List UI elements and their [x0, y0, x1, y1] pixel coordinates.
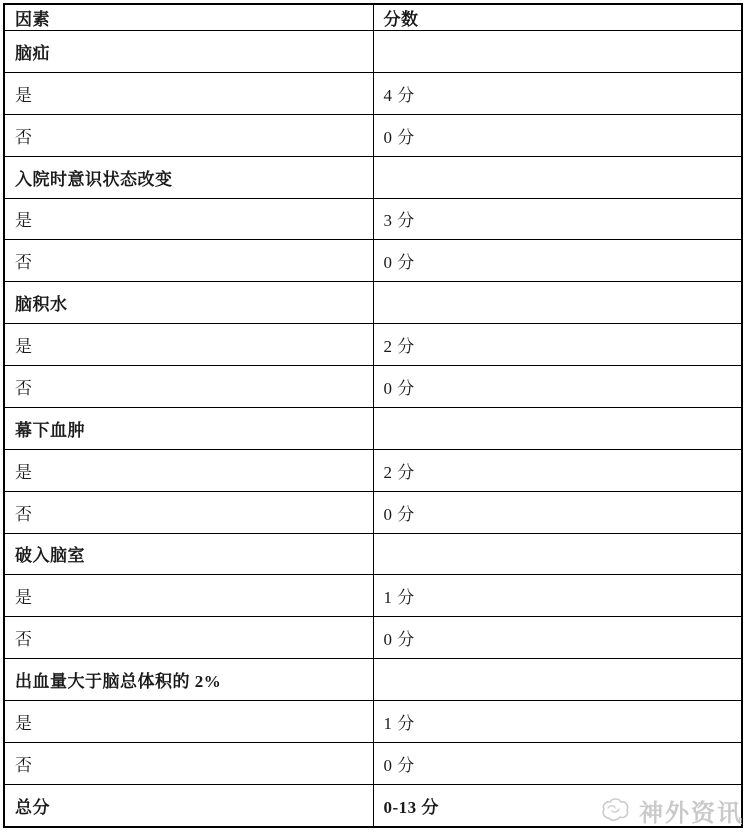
factor-cell: 否 — [4, 114, 373, 156]
table-row: 是2 分 — [4, 324, 742, 366]
score-cell — [373, 533, 742, 575]
factor-cell: 破入脑室 — [4, 533, 373, 575]
factor-cell: 否 — [4, 366, 373, 408]
header-row: 因素 分数 — [4, 4, 742, 31]
factor-cell: 幕下血肿 — [4, 407, 373, 449]
table-row: 否0 分 — [4, 366, 742, 408]
table-row: 是1 分 — [4, 575, 742, 617]
score-cell: 2 分 — [373, 324, 742, 366]
score-cell — [373, 156, 742, 198]
factor-cell: 脑疝 — [4, 31, 373, 73]
factor-cell: 总分 — [4, 784, 373, 827]
factor-cell: 入院时意识状态改变 — [4, 156, 373, 198]
table-row: 是3 分 — [4, 198, 742, 240]
factor-cell: 脑积水 — [4, 282, 373, 324]
score-cell: 3 分 — [373, 198, 742, 240]
score-cell — [373, 407, 742, 449]
score-cell: 0 分 — [373, 366, 742, 408]
table-row: 幕下血肿 — [4, 407, 742, 449]
score-cell: 0-13 分 — [373, 784, 742, 827]
score-table-body: 脑疝是4 分否0 分入院时意识状态改变是3 分否0 分脑积水是2 分否0 分幕下… — [4, 31, 742, 828]
factor-cell: 是 — [4, 701, 373, 743]
score-table-header: 因素 分数 — [4, 4, 742, 31]
factor-cell: 是 — [4, 198, 373, 240]
score-cell — [373, 31, 742, 73]
table-row: 否0 分 — [4, 240, 742, 282]
factor-cell: 否 — [4, 491, 373, 533]
factor-cell: 否 — [4, 240, 373, 282]
table-row: 入院时意识状态改变 — [4, 156, 742, 198]
score-cell: 4 分 — [373, 72, 742, 114]
table-row: 是4 分 — [4, 72, 742, 114]
factor-cell: 出血量大于脑总体积的 2% — [4, 659, 373, 701]
score-cell: 0 分 — [373, 491, 742, 533]
factor-cell: 否 — [4, 742, 373, 784]
table-row: 脑积水 — [4, 282, 742, 324]
score-column-header: 分数 — [373, 4, 742, 31]
table-row: 总分0-13 分 — [4, 784, 742, 827]
score-cell: 0 分 — [373, 742, 742, 784]
factor-cell: 是 — [4, 449, 373, 491]
factor-column-header: 因素 — [4, 4, 373, 31]
table-row: 脑疝 — [4, 31, 742, 73]
score-cell: 0 分 — [373, 240, 742, 282]
table-row: 出血量大于脑总体积的 2% — [4, 659, 742, 701]
table-row: 否0 分 — [4, 491, 742, 533]
table-row: 是2 分 — [4, 449, 742, 491]
score-table: 因素 分数 脑疝是4 分否0 分入院时意识状态改变是3 分否0 分脑积水是2 分… — [3, 3, 743, 828]
score-cell: 1 分 — [373, 701, 742, 743]
score-cell: 0 分 — [373, 617, 742, 659]
factor-cell: 是 — [4, 72, 373, 114]
table-row: 否0 分 — [4, 617, 742, 659]
table-row: 否0 分 — [4, 742, 742, 784]
factor-cell: 是 — [4, 575, 373, 617]
score-cell — [373, 282, 742, 324]
score-cell — [373, 659, 742, 701]
table-row: 破入脑室 — [4, 533, 742, 575]
factor-cell: 是 — [4, 324, 373, 366]
table-row: 否0 分 — [4, 114, 742, 156]
score-cell: 2 分 — [373, 449, 742, 491]
score-cell: 0 分 — [373, 114, 742, 156]
table-row: 是1 分 — [4, 701, 742, 743]
factor-cell: 否 — [4, 617, 373, 659]
score-cell: 1 分 — [373, 575, 742, 617]
